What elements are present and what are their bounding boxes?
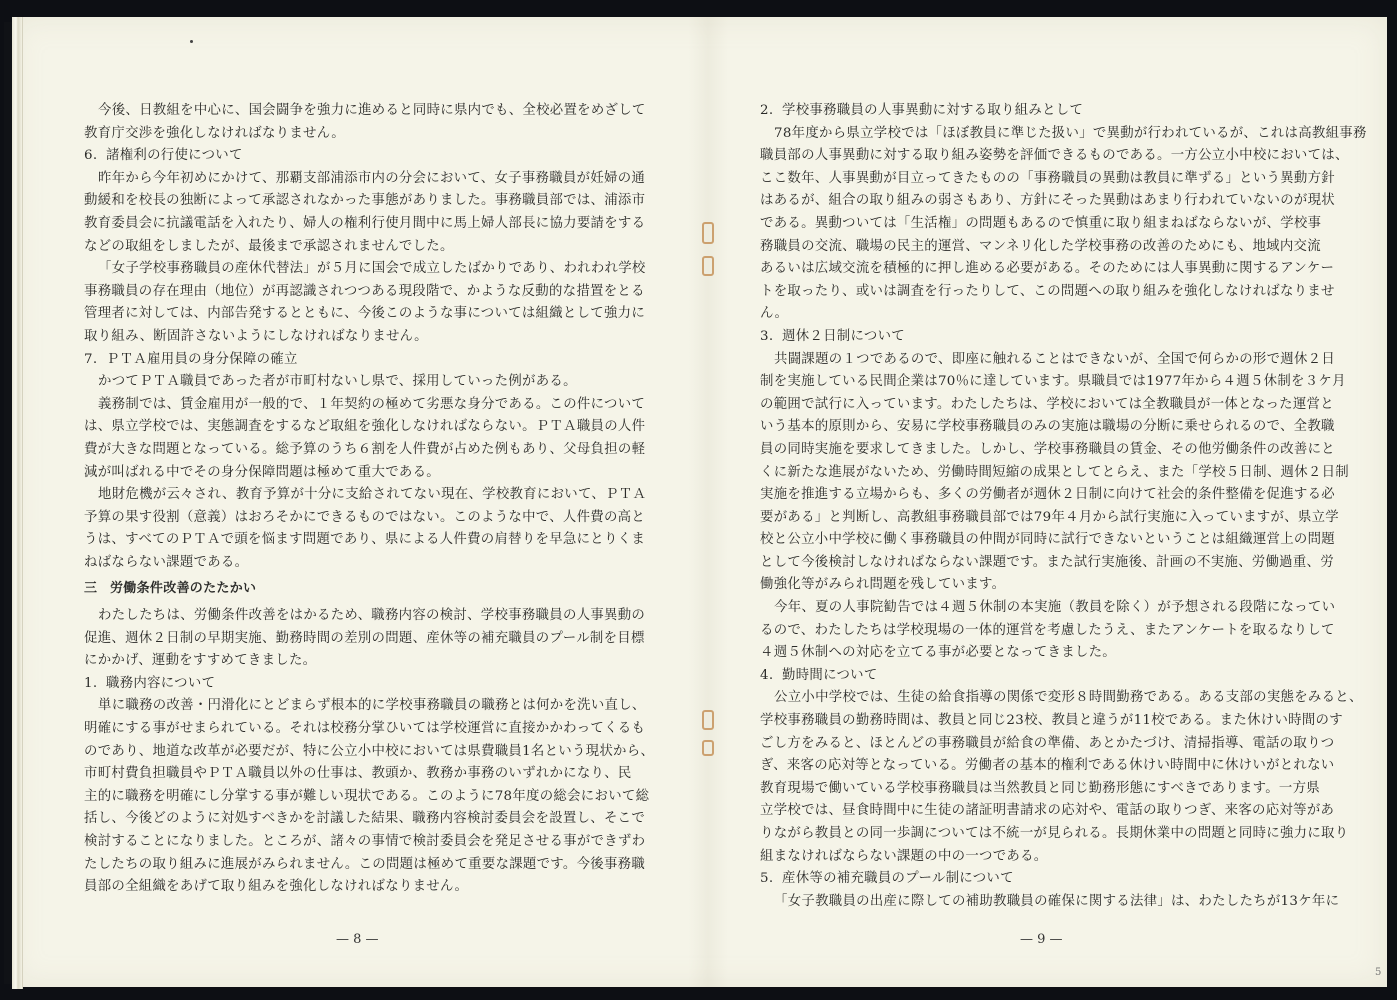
text-line: のであり、地道な改革が必要だが、特に公立小中校においては県費職員1名という現状か… — [84, 741, 644, 764]
staple-bottom-lower-icon — [702, 740, 714, 756]
right-page-body: 2.学校事務職員の人事異動に対する取り組みとして78年度から県立学校では「ほぼ教… — [760, 100, 1340, 913]
text-line: 明確にする事がせまられている。それは校務分掌ひいては学校運営に直接かかわってくる… — [84, 718, 644, 741]
text-line: 事務職員の存在理由（地位）が再認識されつつある現段階で、かような反動的な措置をと… — [84, 281, 644, 304]
text-line: 員部の全組織をあげて取り組みを強化しなければなりません。 — [84, 876, 644, 899]
heading-text: 産休等の補充職員のプール制について — [782, 871, 1014, 886]
heading-number: 7. — [84, 349, 106, 372]
section-heading: 7.ＰＴＡ雇用員の身分保障の確立 — [84, 349, 644, 372]
heading-number: 5. — [760, 868, 782, 891]
text-line: ４週５休制への対応を立てる事が必要となってきました。 — [760, 642, 1340, 665]
text-line: 職員部の人事異動に対する取り組み姿勢を評価できるものである。一方公立小中校におい… — [760, 145, 1340, 168]
text-line: 取り組み、断固許さないようにしなければなりません。 — [84, 326, 644, 349]
text-line: くに新たな進展がないため、労働時間短縮の成果としてとらえ、また「学校５日制、週休… — [760, 462, 1340, 485]
text-line: たしたちの取り組みに進展がみられません。この問題は極めて重要な課題です。今後事務… — [84, 854, 644, 877]
page-number-left: — 8 — — [336, 932, 379, 947]
staple-top-lower-icon — [702, 256, 714, 276]
binding-shadow — [4, 22, 12, 984]
heading-number: 4. — [760, 665, 782, 688]
page-stack-edge — [12, 17, 23, 989]
text-line: は、県立学校では、実態調査をするなど取組を強化しなければならない。ＰＴＡ職員の人… — [84, 416, 644, 439]
text-line: ねばならない課題である。 — [84, 552, 644, 575]
heading-number: 1. — [84, 673, 106, 696]
corner-mark: 5 — [1375, 967, 1381, 978]
text-line: である。異動ついては「生活権」の問題もあるので慎重に取り組まねばならないが、学校… — [760, 213, 1340, 236]
chapter-title: 労働条件改善のたたかい — [110, 581, 256, 596]
paragraph: 共闘課題の１つであるので、即座に触れることはできないが、全国で何らかの形で週休２… — [760, 349, 1340, 598]
text-line: 教育現場で働いている学校事務職員は当然教員と同じ勤務形態にすべきであります。一方… — [760, 778, 1340, 801]
text-line: 学校事務職員の勤務時間は、教員と同じ23校、教員と違うが11校である。また休けい… — [760, 710, 1340, 733]
paragraph: 78年度から県立学校では「ほぼ教員に準じた扱い」で異動が行われているが、これは高… — [760, 123, 1340, 326]
heading-text: 職務内容について — [106, 676, 215, 691]
center-gutter — [688, 17, 728, 987]
text-line: として今後検討しなければならない課題です。また試行実施後、計画の不実施、労働過重… — [760, 552, 1340, 575]
paragraph: 義務制では、賃金雇用が一般的で、１年契約の極めて劣悪な身分である。この件について… — [84, 394, 644, 484]
text-line: 市町村費負担職員やＰＴＡ職員以外の仕事は、教頭か、教務か事務のいずれかになり、民 — [84, 763, 644, 786]
heading-text: 学校事務職員の人事異動に対する取り組みとして — [782, 103, 1083, 118]
left-page-body: 今後、日教組を中心に、国会闘争を強力に進めると同時に県内でも、全校必置をめざして… — [84, 100, 644, 899]
text-line: 教育庁交渉を強化しなければなりません。 — [84, 123, 644, 146]
chapter-heading: 三労働条件改善のたたかい — [84, 578, 644, 601]
text-line: 今後、日教組を中心に、国会闘争を強力に進めると同時に県内でも、全校必置をめざして — [84, 100, 644, 123]
text-line: 員の同時実施を要求してきました。しかし、学校事務職員の賃金、その他労働条件の改善… — [760, 439, 1340, 462]
heading-number: 6. — [84, 145, 106, 168]
text-line: 実施を推進する立場からも、多くの労働者が週休２日制に向けて社会的条件整備を促進す… — [760, 484, 1340, 507]
text-line: にかかげ、運動をすすめてきました。 — [84, 650, 644, 673]
heading-text: 勤時間について — [782, 668, 878, 683]
text-line: 公立小中学校では、生徒の給食指導の関係で変形８時間勤務である。ある支部の実態をみ… — [760, 687, 1340, 710]
page-number-right: — 9 — — [1020, 932, 1063, 947]
text-line: 予算の果す役割（意義）はおろそかにできるものではない。このような中で、人件費の高… — [84, 507, 644, 530]
text-line: ん。 — [760, 303, 1340, 326]
heading-text: 週休２日制について — [782, 329, 905, 344]
text-line: 義務制では、賃金雇用が一般的で、１年契約の極めて劣悪な身分である。この件について — [84, 394, 644, 417]
text-line: 働強化等がみられ問題を残しています。 — [760, 574, 1340, 597]
text-line: かつてＰＴＡ職員であった者が市町村ないし県で、採用していった例がある。 — [84, 371, 644, 394]
paragraph: 単に職務の改善・円滑化にとどまらず根本的に学校事務職員の職務とは何かを洗い直し、… — [84, 695, 644, 898]
text-line: 今年、夏の人事院勧告では４週５休制の本実施（教員を除く）が予想される段階になって… — [760, 597, 1340, 620]
heading-text: 諸権利の行使について — [106, 148, 243, 163]
text-line: 共闘課題の１つであるので、即座に触れることはできないが、全国で何らかの形で週休２… — [760, 349, 1340, 372]
heading-number: 2. — [760, 100, 782, 123]
text-line: 括し、今後どのように対処すべきかを討議した結果、職務内容検討委員会を設置し、そこ… — [84, 808, 644, 831]
text-line: 立学校では、昼食時間中に生徒の諸証明書請求の応対や、電話の取りつぎ、来客の応対等… — [760, 800, 1340, 823]
text-line: 要がある」と判断し、高教組事務職員部では79年４月から試行実施に入っていますが、… — [760, 507, 1340, 530]
text-line: 「女子学校事務職員の産休代替法」が５月に国会で成立したばかりであり、われわれ学校 — [84, 258, 644, 281]
text-line: などの取組をしましたが、最後まで承認されませんでした。 — [84, 236, 644, 259]
text-line: 単に職務の改善・円滑化にとどまらず根本的に学校事務職員の職務とは何かを洗い直し、 — [84, 695, 644, 718]
text-line: 減が叫ばれる中でその身分保障問題は極めて重大である。 — [84, 462, 644, 485]
text-line: 動緩和を校長の独断によって承認されなかった事態がありました。事務職員部では、浦添… — [84, 190, 644, 213]
text-line: 検討することになりました。ところが、諸々の事情で検討委員会を発足させる事ができず… — [84, 831, 644, 854]
text-line: 主的に職務を明確にし分掌する事が難しい現状である。このように78年度の総会におい… — [84, 786, 644, 809]
text-line: あるいは広域交流を積極的に押し進める必要がある。そのためには人事異動に関するアン… — [760, 258, 1340, 281]
text-line: 「女子教職員の出産に際しての補助教職員の確保に関する法律」は、わたしたちが13ケ… — [760, 891, 1340, 914]
speck — [190, 40, 193, 43]
chapter-number: 三 — [84, 578, 110, 601]
text-line: いう基本的原則から、安易に学校事務職員のみの実施は職場の分断に乗せられるので、全… — [760, 416, 1340, 439]
text-line: 費が大きな問題となっている。総予算のうち６割を人件費が占めた例もあり、父母負担の… — [84, 439, 644, 462]
paragraph: 地財危機が云々され、教育予算が十分に支給されてない現在、学校教育において、ＰＴＡ… — [84, 484, 644, 574]
text-line: 促進、週休２日制の早期実施、勤務時間の差別の問題、産休等の補充職員のプール制を目… — [84, 628, 644, 651]
text-line: うは、すべてのＰＴＡで頭を悩ます問題であり、県による人件費の肩替りを早急にとりく… — [84, 529, 644, 552]
paragraph: 昨年から今年初めにかけて、那覇支部浦添市内の分会において、女子事務職員が妊婦の通… — [84, 168, 644, 258]
text-line: ごし方をみると、ほとんどの事務職員が給食の準備、あとかたづけ、清掃指導、電話の取… — [760, 733, 1340, 756]
text-line: 校と公立小中学校に働く事務職員の仲間が同時に試行できないということは組織運営上の… — [760, 529, 1340, 552]
text-line: 務職員の交流、職場の民主的運営、マンネリ化した学校事務の改善のためにも、地域内交… — [760, 236, 1340, 259]
section-heading: 6.諸権利の行使について — [84, 145, 644, 168]
paragraph: 今年、夏の人事院勧告では４週５休制の本実施（教員を除く）が予想される段階になって… — [760, 597, 1340, 665]
paragraph: 今後、日教組を中心に、国会闘争を強力に進めると同時に県内でも、全校必置をめざして… — [84, 100, 644, 145]
text-line: 地財危機が云々され、教育予算が十分に支給されてない現在、学校教育において、ＰＴＡ — [84, 484, 644, 507]
section-heading: 5.産休等の補充職員のプール制について — [760, 868, 1340, 891]
heading-number: 3. — [760, 326, 782, 349]
staple-top-upper-icon — [702, 222, 714, 244]
section-heading: 3.週休２日制について — [760, 326, 1340, 349]
text-line: るので、わたしたちは学校現場の一体的運営を考慮したうえ、またアンケートを取るなり… — [760, 620, 1340, 643]
text-line: 制を実施している民間企業は70％に達しています。県職員では1977年から４週５休… — [760, 371, 1340, 394]
text-line: 78年度から県立学校では「ほぼ教員に準じた扱い」で異動が行われているが、これは高… — [760, 123, 1340, 146]
section-heading: 2.学校事務職員の人事異動に対する取り組みとして — [760, 100, 1340, 123]
text-line: 昨年から今年初めにかけて、那覇支部浦添市内の分会において、女子事務職員が妊婦の通 — [84, 168, 644, 191]
text-line: ぎ、来客の応対等となっている。労働者の基本的権利である休けい時間中に休けいがとれ… — [760, 755, 1340, 778]
text-line: りながら教員との同一歩調については不統一が見られる。長期休業中の問題と同時に強力… — [760, 823, 1340, 846]
section-heading: 1.職務内容について — [84, 673, 644, 696]
section-heading: 4.勤時間について — [760, 665, 1340, 688]
paragraph: わたしたちは、労働条件改善をはかるため、職務内容の検討、学校事務職員の人事異動の… — [84, 605, 644, 673]
text-line: はあるが、組合の取り組みの弱さもあり、方針にそった異動はあまり行われていないのが… — [760, 190, 1340, 213]
paragraph: かつてＰＴＡ職員であった者が市町村ないし県で、採用していった例がある。 — [84, 371, 644, 394]
text-line: トを取ったり、或いは調査を行ったりして、この問題への取り組みを強化しなければなり… — [760, 281, 1340, 304]
text-line: ここ数年、人事異動が目立ってきたものの「事務職員の異動は教員に準ずる」という異動… — [760, 168, 1340, 191]
paragraph: 公立小中学校では、生徒の給食指導の関係で変形８時間勤務である。ある支部の実態をみ… — [760, 687, 1340, 868]
staple-bottom-upper-icon — [702, 710, 714, 730]
heading-text: ＰＴＡ雇用員の身分保障の確立 — [106, 352, 298, 367]
text-line: 管理者に対しては、内部告発するとともに、今後このような事については組織として強力… — [84, 303, 644, 326]
paragraph: 「女子教職員の出産に際しての補助教職員の確保に関する法律」は、わたしたちが13ケ… — [760, 891, 1340, 914]
text-line: 組まなければならない課題の中の一つである。 — [760, 846, 1340, 869]
paragraph: 「女子学校事務職員の産休代替法」が５月に国会で成立したばかりであり、われわれ学校… — [84, 258, 644, 348]
text-line: 教育委員会に抗議電話を入れたり、婦人の権利行使月間中に馬上婦人部長に協力要請をす… — [84, 213, 644, 236]
text-line: の範囲で試行に入っています。わたしたちは、学校においては全教職員が一体となった運… — [760, 394, 1340, 417]
text-line: わたしたちは、労働条件改善をはかるため、職務内容の検討、学校事務職員の人事異動の — [84, 605, 644, 628]
